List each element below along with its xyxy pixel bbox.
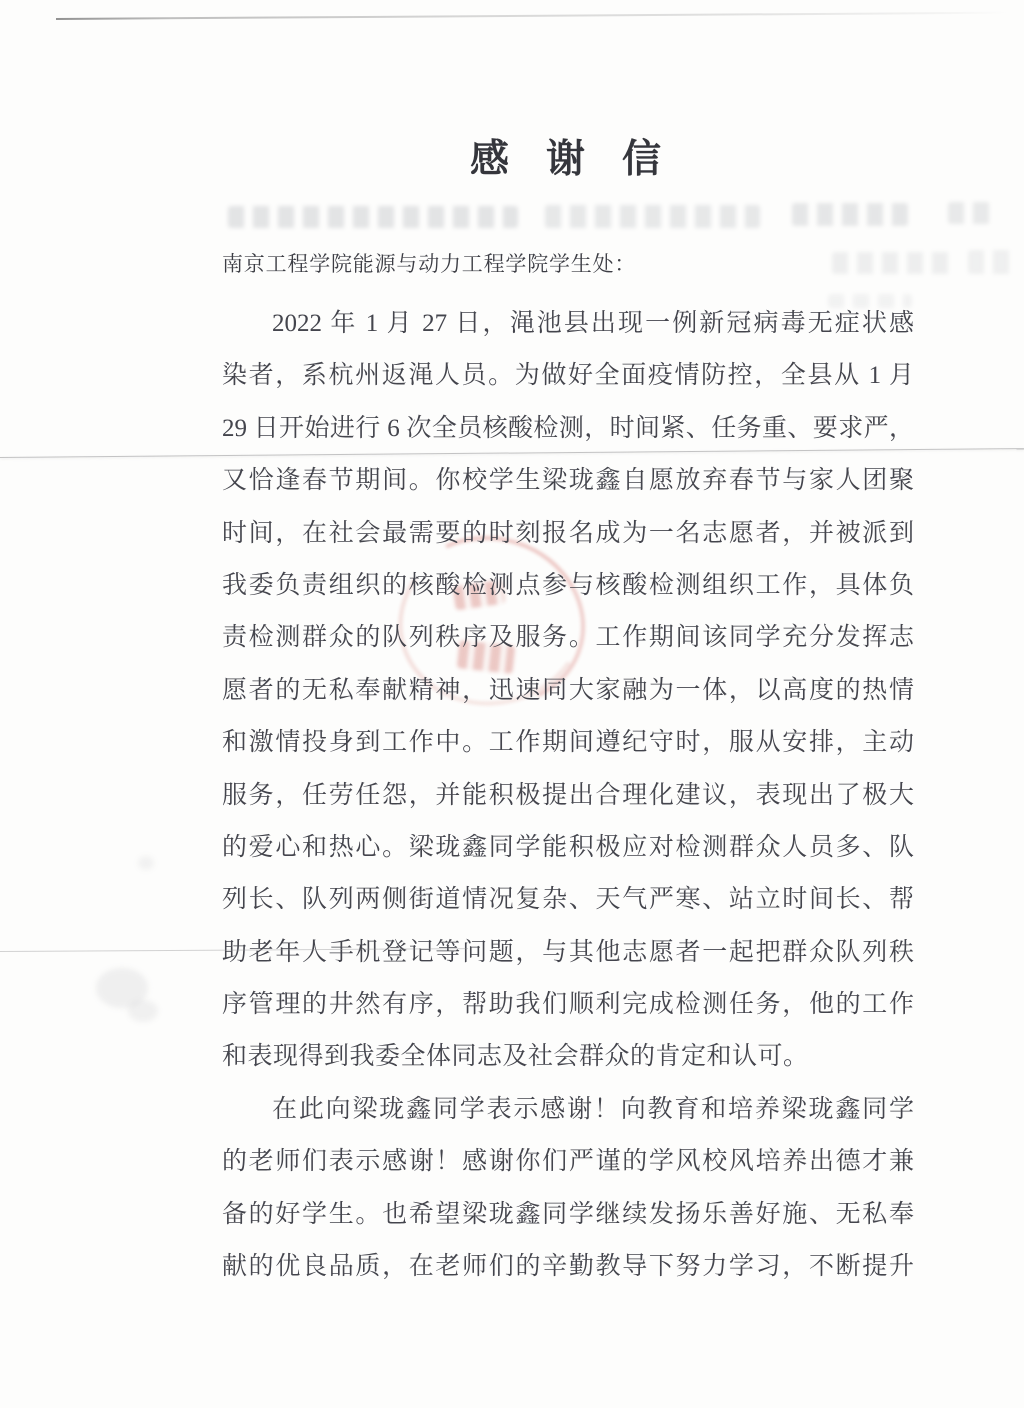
body-text-line: 责检测群众的队列秩序及服务。工作期间该同学充分发挥志 — [222, 614, 914, 666]
bleedthrough-smudge — [792, 203, 908, 226]
body-text-line: 和表现得到我委全体同志及社会群众的肯定和认可。 — [222, 1033, 914, 1085]
body-text-line: 列长、队列两侧街道情况复杂、天气严寒、站立时间长、帮 — [222, 876, 914, 928]
body-text-line: 的爱心和热心。梁珑鑫同学能积极应对检测群众人员多、队 — [222, 824, 914, 876]
body-text-line: 2022 年 1 月 27 日，渑池县出现一例新冠病毒无症状感 — [222, 300, 914, 352]
body-text-line: 助老年人手机登记等问题，与其他志愿者一起把群众队列秩 — [222, 929, 914, 981]
body-text-line: 在此向梁珑鑫同学表示感谢！向教育和培养梁珑鑫同学 — [222, 1086, 914, 1138]
scan-smudge — [138, 856, 154, 870]
body-text-line: 又恰逢春节期间。你校学生梁珑鑫自愿放弃春节与家人团聚 — [222, 457, 914, 509]
body-text-line: 和激情投身到工作中。工作期间遵纪守时，服从安排，主动 — [222, 719, 914, 771]
scan-smudge — [128, 1000, 158, 1022]
letter-paragraph: 2022 年 1 月 27 日，渑池县出现一例新冠病毒无症状感染者，系杭州返渑人… — [222, 300, 914, 1086]
body-text-line: 染者，系杭州返渑人员。为做好全面疫情防控，全县从 1 月 — [222, 352, 914, 404]
letter-title: 感谢信 — [470, 138, 698, 182]
scanned-letter-page: 感谢信 南京工程学院能源与动力工程学院学生处： 2022 年 1 月 27 日，… — [0, 0, 1024, 1408]
body-text-line: 我委负责组织的核酸检测点参与核酸检测组织工作，具体负 — [222, 562, 914, 614]
bleedthrough-smudge — [948, 202, 990, 224]
body-text-line: 序管理的井然有序，帮助我们顺利完成检测任务，他的工作 — [222, 981, 914, 1033]
body-text-line: 备的好学生。也希望梁珑鑫同学继续发扬乐善好施、无私奉 — [222, 1191, 914, 1243]
bleedthrough-smudge — [832, 252, 952, 274]
letter-salutation: 南京工程学院能源与动力工程学院学生处： — [222, 250, 636, 278]
body-text-line: 时间，在社会最需要的时刻报名成为一名志愿者，并被派到 — [222, 510, 914, 562]
bleedthrough-smudge — [228, 206, 518, 228]
paper-top-edge — [56, 12, 1008, 20]
body-text-line: 献的优良品质，在老师们的辛勤教导下努力学习，不断提升 — [222, 1243, 914, 1295]
body-text-line: 的老师们表示感谢！感谢你们严谨的学风校风培养出德才兼 — [222, 1138, 914, 1190]
bleedthrough-smudge — [968, 250, 1012, 274]
bleedthrough-smudge — [545, 205, 760, 228]
body-text-line: 愿者的无私奉献精神，迅速同大家融为一体，以高度的热情 — [222, 667, 914, 719]
letter-paragraph: 在此向梁珑鑫同学表示感谢！向教育和培养梁珑鑫同学的老师们表示感谢！感谢你们严谨的… — [222, 1086, 914, 1296]
body-text-line: 服务，任劳任怨，并能积极提出合理化建议，表现出了极大 — [222, 772, 914, 824]
